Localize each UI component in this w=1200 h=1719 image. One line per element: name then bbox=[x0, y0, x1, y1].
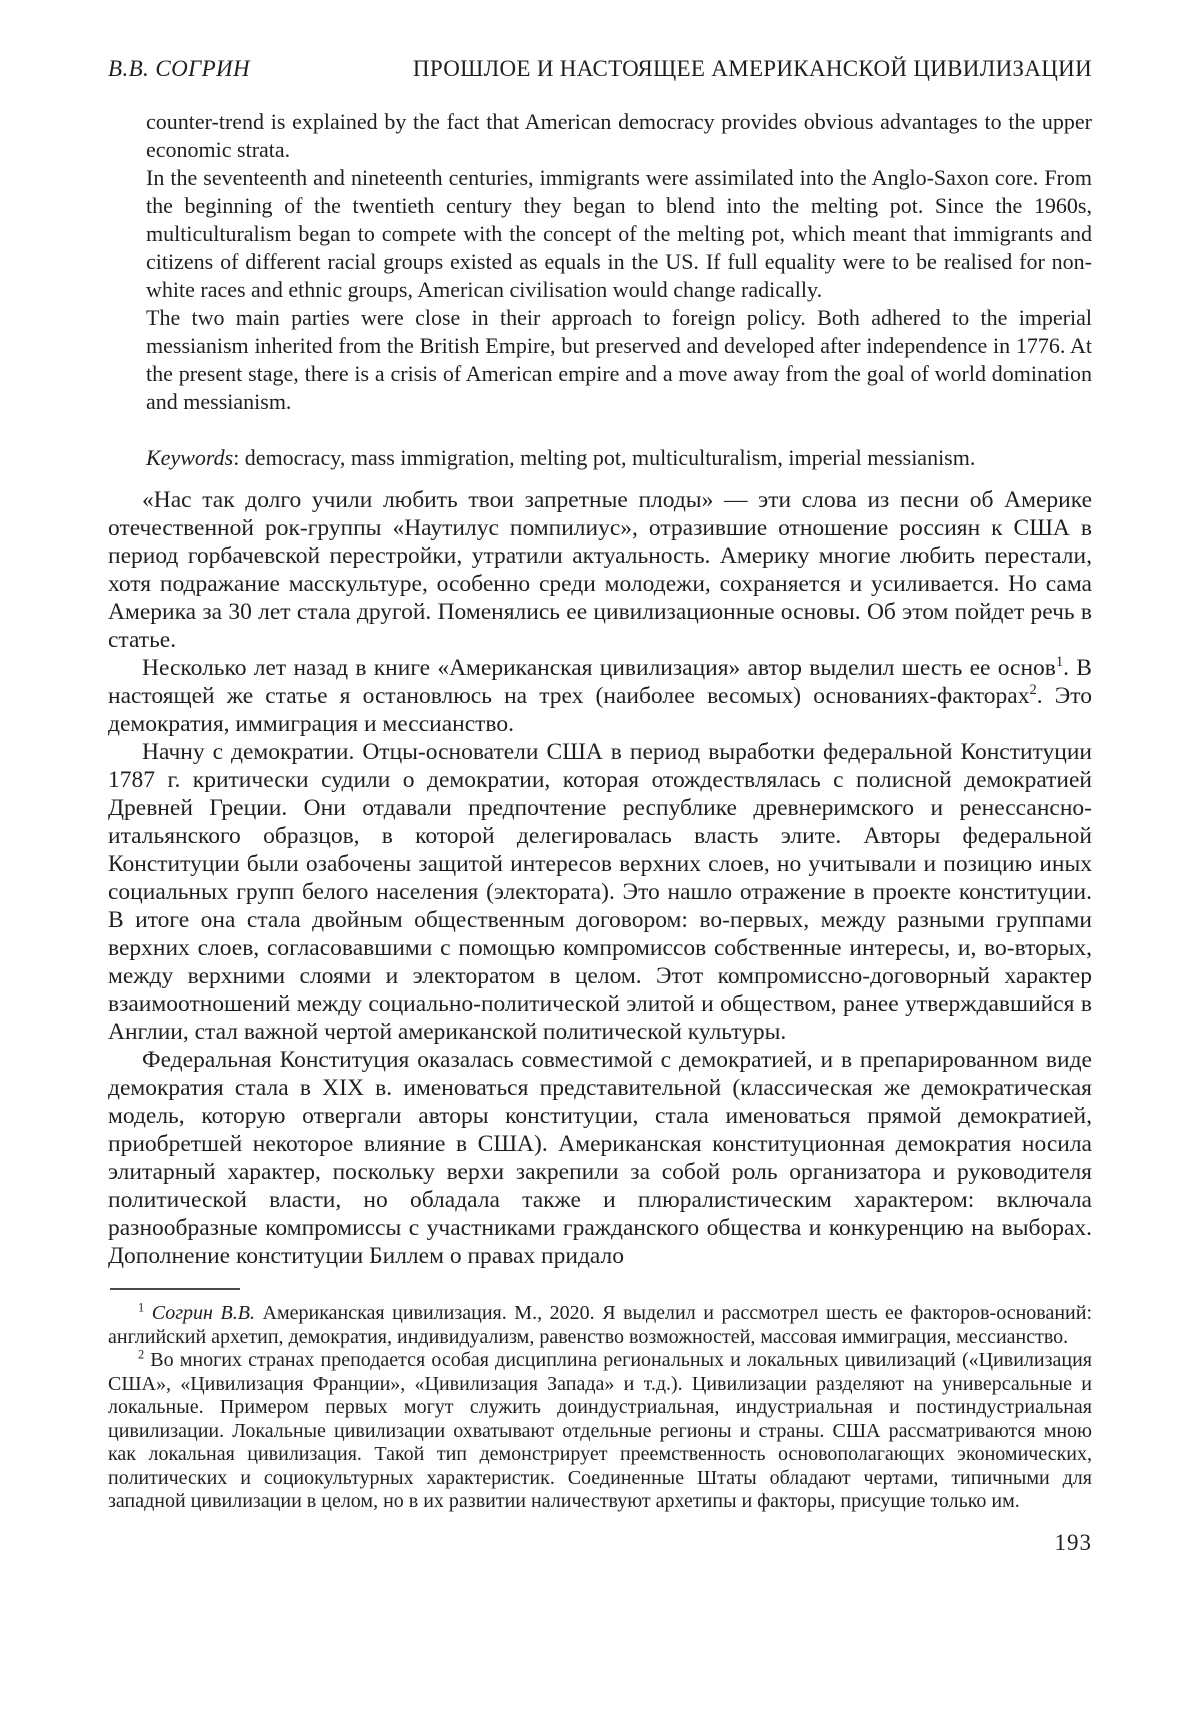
running-author: В.В. СОГРИН bbox=[108, 56, 250, 82]
footnote-ref-2: 2 bbox=[1029, 682, 1036, 698]
abstract-paragraph-3: The two main parties were close in their… bbox=[146, 304, 1092, 416]
body-paragraph-3: Начну с демократии. Отцы-основатели США … bbox=[108, 738, 1092, 1046]
body-paragraph-2: Несколько лет назад в книге «Американска… bbox=[108, 654, 1092, 738]
keywords-label: Keywords bbox=[146, 445, 233, 470]
body-paragraph-1: «Нас так долго учили любить твои запретн… bbox=[108, 486, 1092, 654]
footnote-1-text: Американская цивилизация. М., 2020. Я вы… bbox=[108, 1302, 1092, 1348]
keywords-line: Keywords: democracy, mass immigration, m… bbox=[146, 444, 1092, 472]
body-paragraph-4: Федеральная Конституция оказалась совмес… bbox=[108, 1046, 1092, 1270]
page-number: 193 bbox=[108, 1530, 1092, 1556]
footnote-2-text: Во многих странах преподается особая дис… bbox=[108, 1349, 1092, 1512]
abstract-paragraph-2: In the seventeenth and nineteenth centur… bbox=[146, 164, 1092, 304]
journal-page: В.В. СОГРИН ПРОШЛОЕ И НАСТОЯЩЕЕ АМЕРИКАН… bbox=[0, 0, 1200, 1719]
footnote-1: 1 Согрин В.В. Американская цивилизация. … bbox=[108, 1302, 1092, 1349]
footnote-separator bbox=[110, 1288, 240, 1290]
abstract-block: counter-trend is explained by the fact t… bbox=[146, 108, 1092, 472]
article-body: «Нас так долго учили любить твои запретн… bbox=[108, 486, 1092, 1270]
keywords-text: : democracy, mass immigration, melting p… bbox=[233, 445, 975, 470]
footnotes-block: 1 Согрин В.В. Американская цивилизация. … bbox=[108, 1302, 1092, 1514]
footnote-2: 2 Во многих странах преподается особая д… bbox=[108, 1349, 1092, 1514]
footnote-1-source-author: Согрин В.В. bbox=[144, 1302, 255, 1324]
running-header: В.В. СОГРИН ПРОШЛОЕ И НАСТОЯЩЕЕ АМЕРИКАН… bbox=[108, 56, 1092, 82]
running-title: ПРОШЛОЕ И НАСТОЯЩЕЕ АМЕРИКАНСКОЙ ЦИВИЛИЗ… bbox=[413, 56, 1092, 82]
body-text-segment: Несколько лет назад в книге «Американска… bbox=[142, 655, 1056, 681]
abstract-paragraph-1: counter-trend is explained by the fact t… bbox=[146, 108, 1092, 164]
